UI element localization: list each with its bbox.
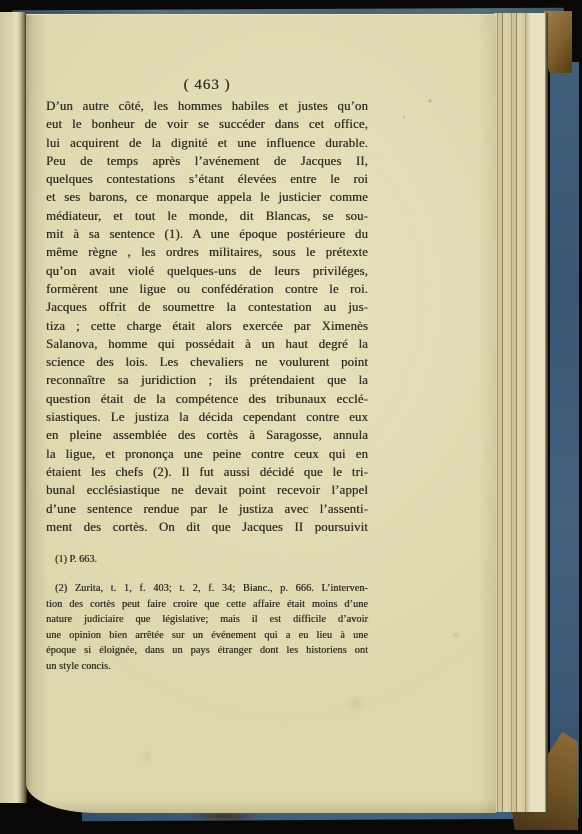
text-line: un style concis.	[46, 659, 368, 675]
footnote-1: (1) P. 663.	[46, 554, 368, 565]
book-photo: ( 463 ) D’un autre côté, les hommes habi…	[0, 0, 582, 834]
text-line: qu’on avait violé quelques-uns de leurs …	[46, 262, 368, 280]
body-text: D’un autre côté, les hommes habiles et j…	[46, 97, 368, 536]
text-line: médiateur, et tout le monde, dit Blancas…	[46, 207, 368, 225]
book-cover-right-edge	[550, 62, 579, 818]
text-line: formèrent une ligue ou confédération con…	[46, 280, 368, 298]
text-line: reconnaître sa juridiction ; ils prétend…	[46, 371, 368, 389]
footnote-2: (2) Zurita, t. 1, f. 403; t. 2, f. 34; B…	[46, 581, 368, 674]
text-line: d’une sentence rendue par le justiza ave…	[46, 500, 368, 518]
text-line: même règne , les ordres militaires, sous…	[46, 243, 368, 261]
text-line: eut le bonheur de voir se succéder dans …	[46, 115, 368, 133]
text-line: mit à sa sentence (1). A une époque post…	[46, 225, 368, 243]
page-number-header: ( 463 )	[46, 77, 368, 94]
text-line: la ligue, et prononça une peine contre c…	[46, 445, 368, 463]
text-line: siastiques. Le justiza la décida cependa…	[46, 408, 368, 426]
text-line: en pleine assemblée des cortès à Saragos…	[46, 426, 368, 444]
text-line: D’un autre côté, les hommes habiles et j…	[46, 97, 368, 115]
text-line: et ses barons, ce monarque appela le jus…	[46, 188, 368, 206]
text-line: bunal ecclésiastique ne devait point rec…	[46, 481, 368, 499]
text-line: question était de la compétence des trib…	[46, 390, 368, 408]
text-line: tion des cortès peut faire croire que ce…	[46, 597, 368, 613]
leather-corner-top-right	[544, 11, 572, 73]
text-line: époque si éloignée, dans un pays étrange…	[46, 643, 368, 659]
text-line: nature judiciaire que législative; mais …	[46, 612, 368, 628]
text-line: ment des cortès. On dit que Jacques II p…	[46, 518, 368, 536]
text-line: tiza ; cette charge était alors exercée …	[46, 317, 368, 335]
bottom-edge-stain	[188, 812, 260, 821]
page-stack-fore-edge	[494, 13, 548, 812]
facing-page-edge	[0, 12, 27, 803]
text-line: étaient les chefs (2). Il fut aussi déci…	[46, 463, 368, 481]
book-page: ( 463 ) D’un autre côté, les hommes habi…	[26, 14, 496, 813]
text-line: une opinion bien arrêtée sur un événemen…	[46, 628, 368, 644]
text-line: lui acquirent de la dignité et une influ…	[46, 134, 368, 152]
text-line: science des lois. Les chevaliers ne voul…	[46, 353, 368, 371]
text-line: quelques contestations s’étant élevées e…	[46, 170, 368, 188]
text-line: Jacques offrit de soumettre la contestat…	[46, 298, 368, 316]
text-line: Peu de temps après l’avénement de Jacque…	[46, 152, 368, 170]
text-line: (2) Zurita, t. 1, f. 403; t. 2, f. 34; B…	[46, 581, 368, 597]
text-line: Salanova, homme qui possédait à un haut …	[46, 335, 368, 353]
